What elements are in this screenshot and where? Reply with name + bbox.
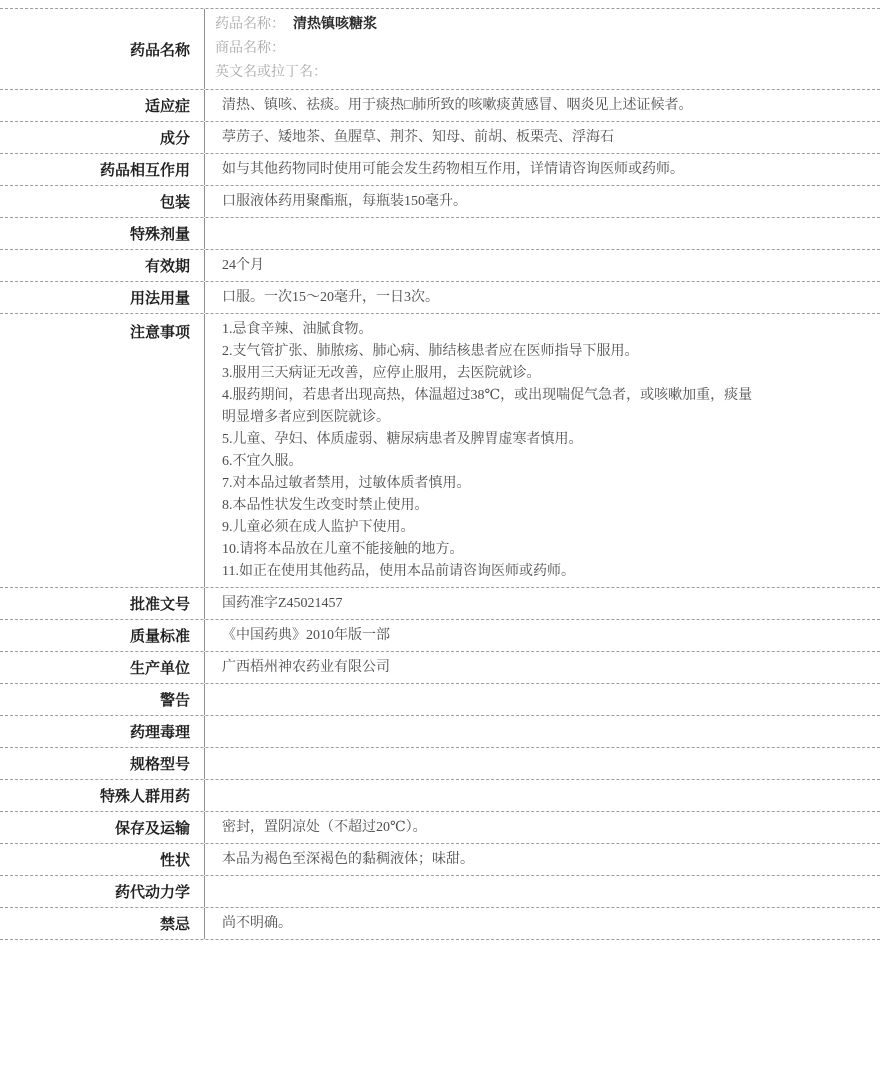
- english-name-sublabel: 英文名或拉丁名：: [215, 65, 327, 80]
- table-row-quality-standard: 质量标准 《中国药典》2010年版一部: [0, 620, 880, 652]
- row-label: 药理毒理: [0, 716, 205, 747]
- table-row-precautions: 注意事项 1.忌食辛辣、油腻食物。 2.支气管扩张、肺脓疡、肺心病、肺结核患者应…: [0, 314, 880, 588]
- row-label: 注意事项: [0, 314, 205, 587]
- row-label: 批准文号: [0, 588, 205, 619]
- row-value: 《中国药典》2010年版一部: [205, 620, 880, 651]
- row-label: 规格型号: [0, 748, 205, 779]
- drug-info-table: 药品名称 药品名称：清热镇咳糖浆 商品名称： 英文名或拉丁名： 适应症 清热、镇…: [0, 8, 880, 940]
- row-value: 如与其他药物同时使用可能会发生药物相互作用，详情请咨询医师或药师。: [205, 154, 880, 185]
- drug-name-value: 清热镇咳糖浆: [293, 17, 377, 32]
- row-value: 口服。一次15～20毫升，一日3次。: [205, 282, 880, 313]
- table-row-special-populations: 特殊人群用药: [0, 780, 880, 812]
- row-value: [205, 876, 880, 907]
- table-row-storage: 保存及运输 密封，置阴凉处（不超过20℃）。: [0, 812, 880, 844]
- table-row-approval-number: 批准文号 国药准字Z45021457: [0, 588, 880, 620]
- row-label: 质量标准: [0, 620, 205, 651]
- drug-name-sublabel: 药品名称：: [215, 17, 285, 32]
- row-label: 有效期: [0, 250, 205, 281]
- row-value: 葶苈子、矮地茶、鱼腥草、荆芥、知母、前胡、板栗壳、浮海石: [205, 122, 880, 153]
- row-label: 药代动力学: [0, 876, 205, 907]
- table-row-interactions: 药品相互作用 如与其他药物同时使用可能会发生药物相互作用，详情请咨询医师或药师。: [0, 154, 880, 186]
- drug-info-page: 药品名称 药品名称：清热镇咳糖浆 商品名称： 英文名或拉丁名： 适应症 清热、镇…: [0, 0, 880, 1070]
- table-row-description: 性状 本品为褐色至深褐色的黏稠液体；味甜。: [0, 844, 880, 876]
- table-row-contraindications: 禁忌 尚不明确。: [0, 908, 880, 940]
- table-row-warning: 警告: [0, 684, 880, 716]
- row-value: 本品为褐色至深褐色的黏稠液体；味甜。: [205, 844, 880, 875]
- row-label: 保存及运输: [0, 812, 205, 843]
- row-label: 禁忌: [0, 908, 205, 939]
- row-label: 性状: [0, 844, 205, 875]
- row-value: [205, 748, 880, 779]
- row-value: 密封，置阴凉处（不超过20℃）。: [205, 812, 880, 843]
- drug-name-line: 药品名称：清热镇咳糖浆: [215, 13, 868, 37]
- trade-name-line: 商品名称：: [215, 37, 868, 61]
- table-row-pharmacokinetics: 药代动力学: [0, 876, 880, 908]
- row-label: 适应症: [0, 90, 205, 121]
- table-row-indications: 适应症 清热、镇咳、祛痰。用于痰热□肺所致的咳嗽痰黄感冒、咽炎见上述证候者。: [0, 90, 880, 122]
- row-value: [205, 780, 880, 811]
- row-value: [205, 218, 880, 249]
- row-label: 包装: [0, 186, 205, 217]
- table-row-manufacturer: 生产单位 广西梧州神农药业有限公司: [0, 652, 880, 684]
- row-label: 成分: [0, 122, 205, 153]
- table-row-dosage: 用法用量 口服。一次15～20毫升，一日3次。: [0, 282, 880, 314]
- row-label: 警告: [0, 684, 205, 715]
- trade-name-sublabel: 商品名称：: [215, 41, 285, 56]
- table-row-drug-name: 药品名称 药品名称：清热镇咳糖浆 商品名称： 英文名或拉丁名：: [0, 9, 880, 90]
- row-value: [205, 684, 880, 715]
- row-label: 药品相互作用: [0, 154, 205, 185]
- row-value: 口服液体药用聚酯瓶，每瓶装150毫升。: [205, 186, 880, 217]
- row-value: 24个月: [205, 250, 880, 281]
- row-label: 用法用量: [0, 282, 205, 313]
- table-row-specification: 规格型号: [0, 748, 880, 780]
- table-row-shelf-life: 有效期 24个月: [0, 250, 880, 282]
- row-label: 生产单位: [0, 652, 205, 683]
- row-value: [205, 716, 880, 747]
- row-label: 药品名称: [0, 9, 205, 89]
- table-row-special-dosage: 特殊剂量: [0, 218, 880, 250]
- table-row-ingredients: 成分 葶苈子、矮地茶、鱼腥草、荆芥、知母、前胡、板栗壳、浮海石: [0, 122, 880, 154]
- row-value: 药品名称：清热镇咳糖浆 商品名称： 英文名或拉丁名：: [205, 9, 880, 89]
- english-name-line: 英文名或拉丁名：: [215, 61, 868, 85]
- table-row-packaging: 包装 口服液体药用聚酯瓶，每瓶装150毫升。: [0, 186, 880, 218]
- row-value: 1.忌食辛辣、油腻食物。 2.支气管扩张、肺脓疡、肺心病、肺结核患者应在医师指导…: [205, 314, 880, 587]
- row-value: 尚不明确。: [205, 908, 880, 939]
- row-value: 广西梧州神农药业有限公司: [205, 652, 880, 683]
- row-label: 特殊人群用药: [0, 780, 205, 811]
- row-value: 清热、镇咳、祛痰。用于痰热□肺所致的咳嗽痰黄感冒、咽炎见上述证候者。: [205, 90, 880, 121]
- table-row-pharmacology: 药理毒理: [0, 716, 880, 748]
- row-value: 国药准字Z45021457: [205, 588, 880, 619]
- row-label: 特殊剂量: [0, 218, 205, 249]
